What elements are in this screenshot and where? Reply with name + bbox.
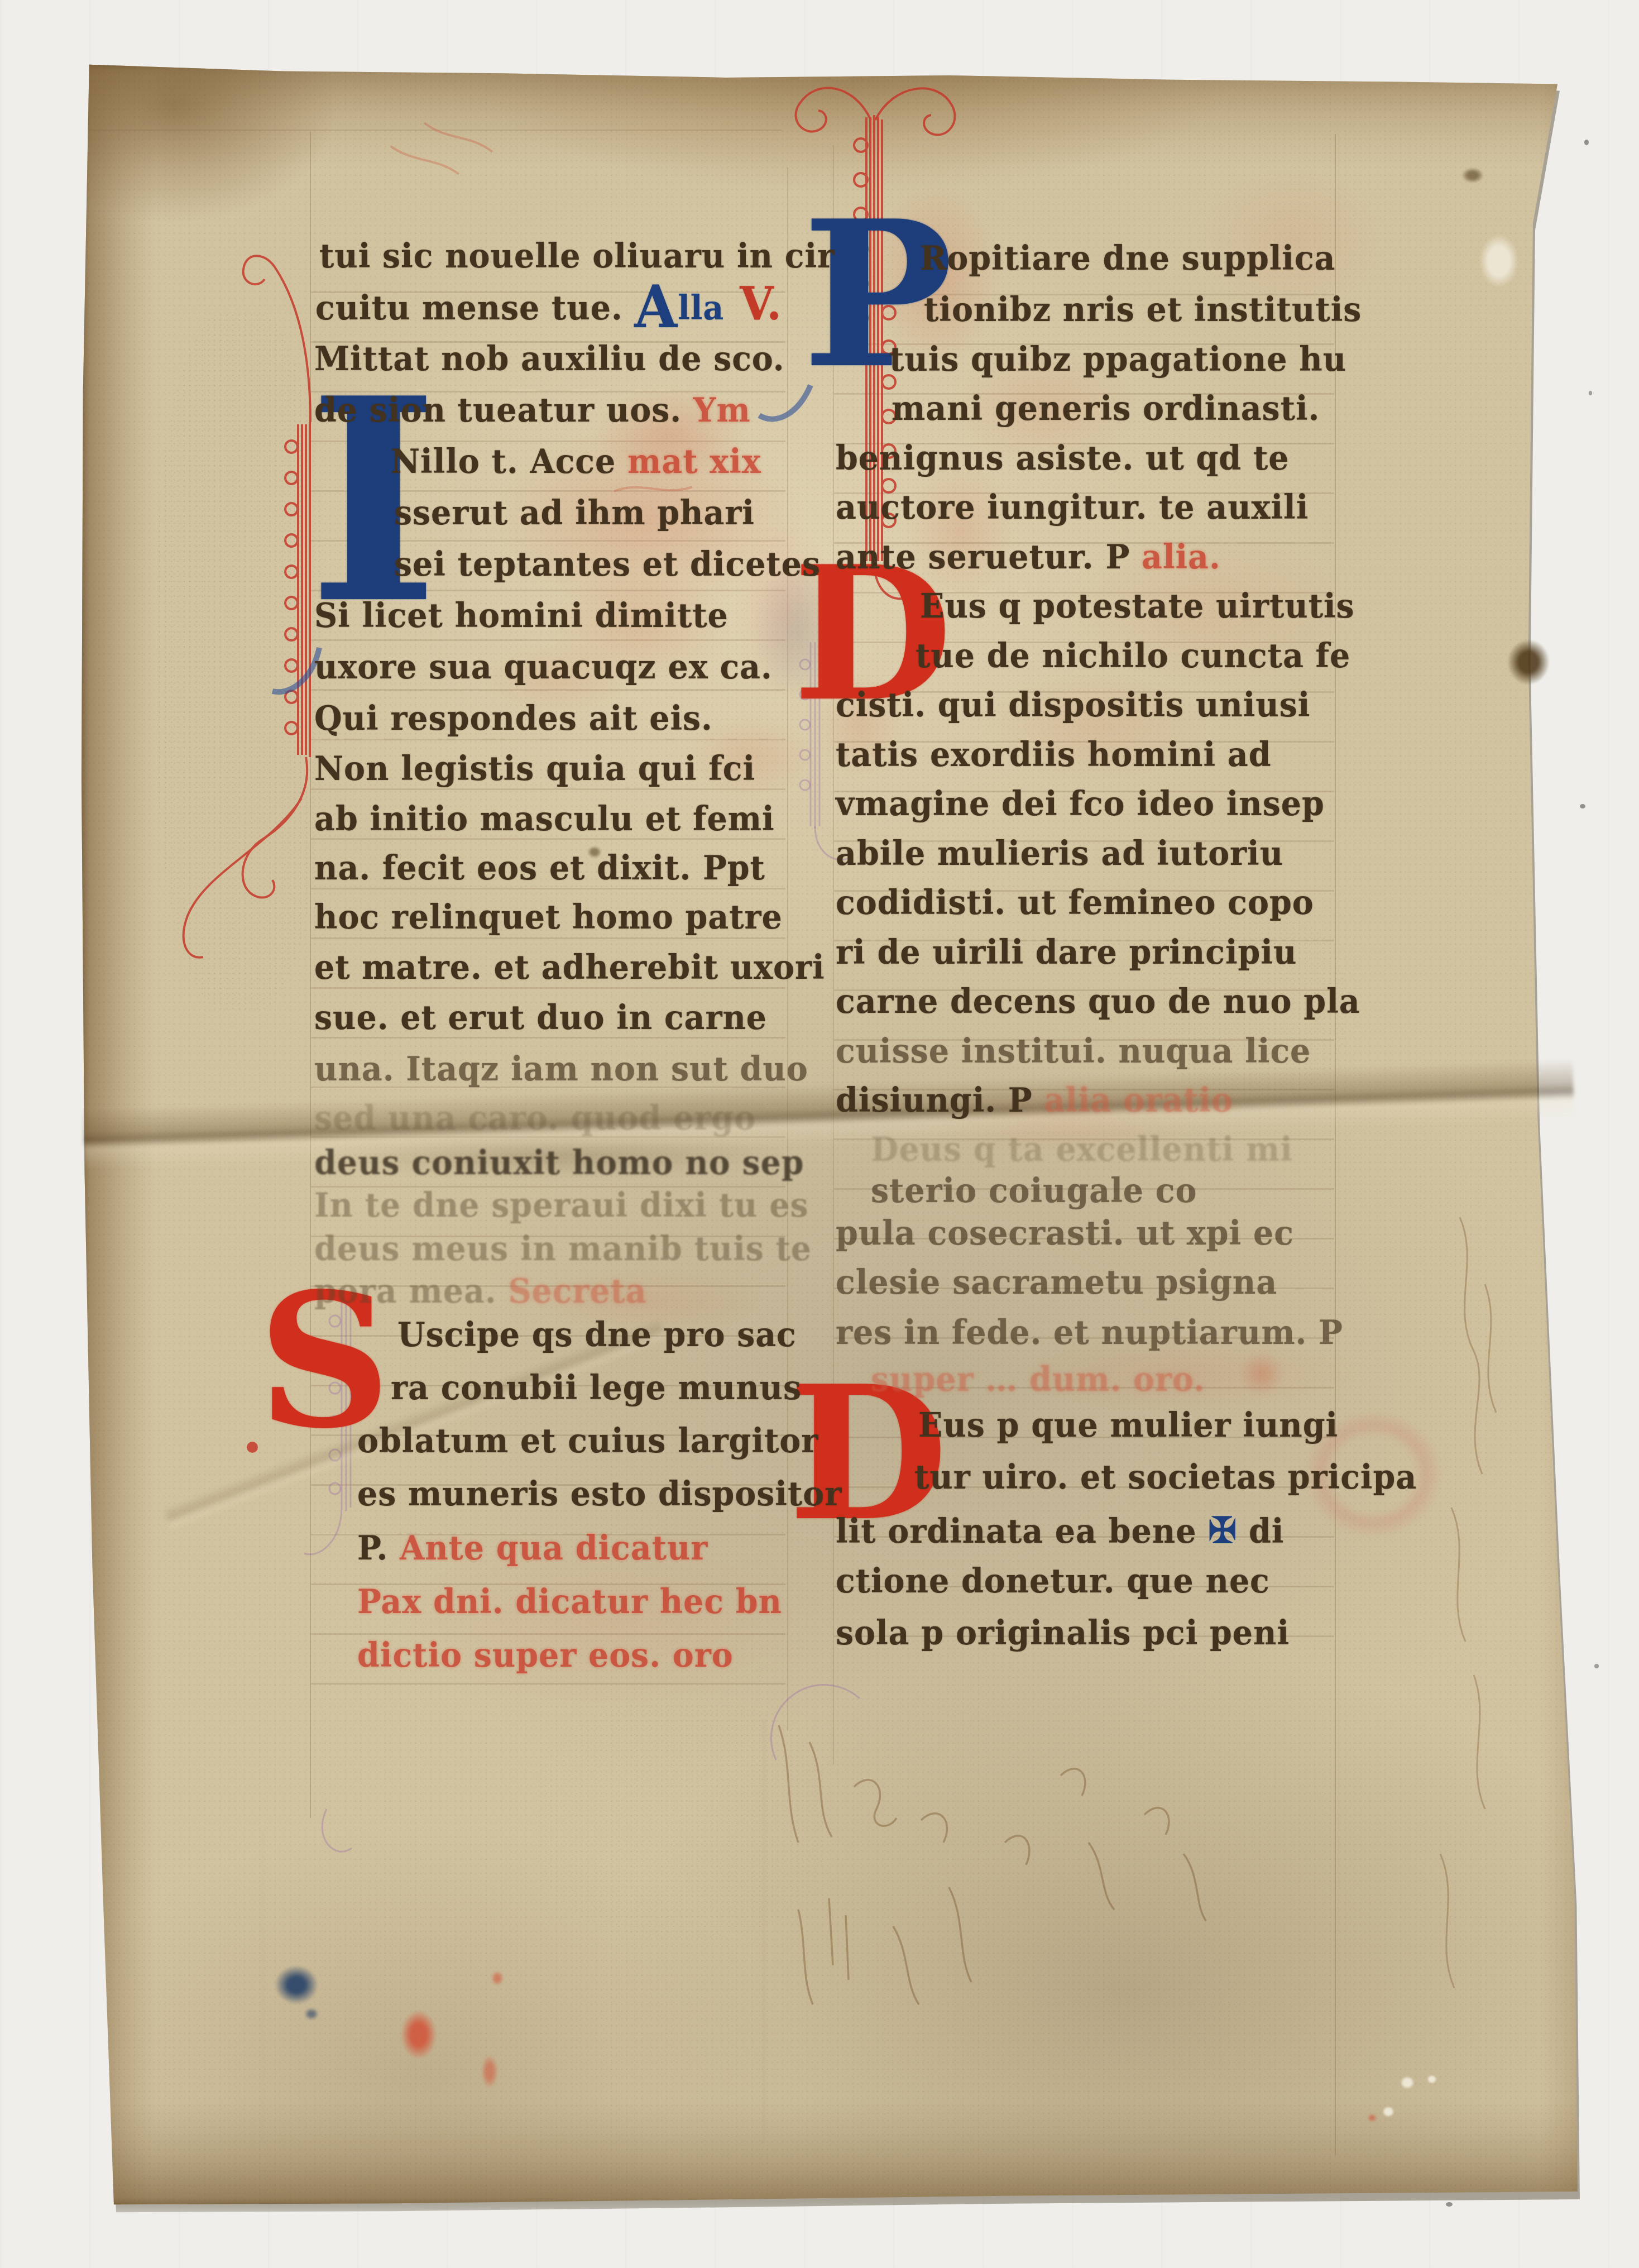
text-line: tuis quibz ppagatione hu [889, 342, 1346, 377]
text-segment: auctore iungitur. te auxili [836, 488, 1309, 527]
text-segment: Eus p que mulier iungi [918, 1406, 1338, 1445]
text-segment: abile mulieris ad iutoriu [836, 834, 1283, 873]
text-segment: ra conubii lege munus [391, 1369, 802, 1408]
text-segment: mat xix [627, 442, 761, 481]
text-segment: super … dum. oro. [871, 1360, 1205, 1399]
vertical-crease [764, 1720, 766, 2144]
text-line: Eus q potestate uirtutis [920, 589, 1355, 624]
text-segment: una. Itaqz iam non sut duo [314, 1050, 808, 1089]
text-line: deus coniuxit homo no sep [314, 1146, 804, 1181]
frame-rule-top [89, 130, 782, 131]
vertical-crease [262, 1831, 265, 2144]
text-segment: lla [678, 289, 724, 328]
text-line: pora mea. Secreta [314, 1274, 647, 1309]
text-segment: pula cosecrasti. ut xpi ec [836, 1214, 1294, 1253]
text-segment: Mittat nob auxiliu de sco. [314, 339, 785, 379]
text-segment: Pax dni. dicatur hec bn [357, 1582, 782, 1621]
text-line: auctore iungitur. te auxili [836, 490, 1309, 525]
text-line: tui sic nouelle oliuaru in cir [319, 239, 835, 274]
text-line: In te dne speraui dixi tu es [314, 1188, 808, 1223]
text-line: Nillo t. Acce mat xix [391, 444, 761, 480]
text-line: abile mulieris ad iutoriu [836, 836, 1283, 872]
text-segment: tue de nichilo cuncta fe [916, 637, 1350, 676]
text-segment: de sion tueatur uos. [314, 391, 693, 430]
text-segment: Deus q ta excellenti mi [871, 1130, 1293, 1169]
text-line: benignus asiste. ut qd te [836, 441, 1289, 476]
text-segment: cuitu mense tue. [315, 289, 635, 328]
text-segment: sterio coiugale co [871, 1171, 1197, 1210]
text-line: ctione donetur. que nec [836, 1564, 1270, 1599]
text-line: P. Ante qua dicatur [357, 1531, 708, 1566]
parchment-follicle-speckle [536, 1703, 826, 1937]
text-line: cisti. qui dispositis uniusi [836, 688, 1310, 723]
text-segment: clesie sacrametu psigna [836, 1263, 1277, 1302]
text-segment: na. fecit eos et dixit. Ppt [314, 849, 765, 888]
text-segment: sserut ad ihm phari [394, 494, 755, 533]
stain [1584, 140, 1589, 145]
text-line: lit ordinata ea bene ✠ di [836, 1512, 1284, 1549]
text-segment: alia. [1142, 538, 1221, 577]
text-line: oblatum et cuius largitor [357, 1424, 818, 1459]
text-segment: Ropitiare dne supplica [920, 239, 1335, 278]
text-segment: sola p originalis pci peni [836, 1614, 1290, 1653]
frame-rule-right [1335, 134, 1336, 2155]
text-line: Pax dni. dicatur hec bn [357, 1585, 782, 1620]
text-segment: sed una caro. quod ergo [314, 1099, 756, 1138]
text-segment: ante seruetur. P [836, 538, 1142, 577]
text-segment: pora mea. [314, 1272, 508, 1311]
text-line: deus meus in manib tuis te [314, 1232, 812, 1267]
text-line: tatis exordiis homini ad [836, 738, 1272, 773]
text-line: pula cosecrasti. ut xpi ec [836, 1216, 1294, 1251]
text-segment: et matre. et adherebit uxori [314, 948, 825, 987]
text-segment: alia oratio [1044, 1081, 1233, 1120]
text-line: es muneris esto dispositor [357, 1477, 842, 1512]
text-segment: deus coniuxit homo no sep [314, 1143, 804, 1183]
text-segment: ab initio masculu et femi [314, 800, 775, 839]
text-line: ab initio masculu et femi [314, 802, 775, 837]
text-line: carne decens quo de nuo pla [836, 984, 1360, 1020]
text-segment: deus meus in manib tuis te [314, 1229, 812, 1269]
text-line: cuitu mense tue. Alla V. [315, 290, 782, 326]
text-line: clesie sacrametu psigna [836, 1265, 1277, 1300]
text-line: de sion tueatur uos. Ym [314, 393, 751, 428]
text-line: na. fecit eos et dixit. Ppt [314, 851, 765, 886]
text-segment: sei teptantes et dicetes [394, 545, 821, 584]
text-segment: In te dne speraui dixi tu es [314, 1186, 808, 1225]
text-segment: Eus q potestate uirtutis [920, 587, 1355, 626]
text-line: Mittat nob auxiliu de sco. [314, 342, 785, 377]
text-segment: disiungi. P [836, 1081, 1044, 1120]
text-line: ante seruetur. P alia. [836, 540, 1221, 575]
text-segment: tionibz nris et institutis [924, 290, 1362, 329]
text-line: Uscipe qs dne pro sac [397, 1318, 797, 1353]
text-segment: res in fede. et nuptiarum. P [836, 1313, 1343, 1352]
text-line: disiungi. P alia oratio [836, 1083, 1233, 1118]
text-line: sed una caro. quod ergo [314, 1101, 756, 1136]
text-segment: carne decens quo de nuo pla [836, 982, 1360, 1021]
text-segment: A [635, 272, 678, 341]
stain [1446, 2202, 1453, 2207]
text-segment: codidisti. ut femineo copo [836, 883, 1314, 922]
text-segment: cisti. qui dispositis uniusi [836, 686, 1310, 725]
text-segment: lit ordinata ea bene [836, 1512, 1208, 1551]
text-segment: ri de uirili dare principiu [836, 933, 1297, 972]
text-segment: Uscipe qs dne pro sac [397, 1315, 797, 1355]
text-segment: di [1237, 1512, 1284, 1551]
text-line: tue de nichilo cuncta fe [916, 639, 1350, 674]
text-segment: Si licet homini dimitte [314, 596, 729, 635]
stain [1594, 1664, 1599, 1668]
stain [1580, 804, 1585, 808]
text-line: Deus q ta excellenti mi [871, 1132, 1293, 1168]
text-line: mani generis ordinasti. [892, 391, 1320, 427]
scanned-manuscript-page: { "palette":{"bed":"#efeeea","parchment"… [0, 0, 1639, 2268]
text-segment: hoc relinquet homo patre [314, 898, 783, 937]
text-segment: Qui respondes ait eis. [314, 699, 713, 738]
text-segment: Non legistis quia qui fci [314, 749, 755, 788]
text-segment: tuis quibz ppagatione hu [889, 340, 1346, 379]
text-line: Ropitiare dne supplica [920, 241, 1335, 276]
text-segment: es muneris esto dispositor [357, 1475, 842, 1514]
text-segment: tur uiro. et societas pricipa [914, 1458, 1417, 1497]
text-line: dictio super eos. oro [357, 1638, 734, 1673]
text-line: uxore sua quacuqz ex ca. [314, 650, 773, 685]
text-line: sola p originalis pci peni [836, 1616, 1290, 1651]
text-line: codidisti. ut femineo copo [836, 886, 1314, 921]
text-line: sserut ad ihm phari [394, 496, 755, 531]
stain [1589, 391, 1592, 395]
text-line: hoc relinquet homo patre [314, 900, 783, 935]
text-segment: P. [357, 1529, 400, 1568]
text-line: vmagine dei fco ideo insep [836, 787, 1325, 822]
text-segment: Ym [693, 391, 751, 430]
text-segment: uxore sua quacuqz ex ca. [314, 648, 773, 687]
text-segment: benignus asiste. ut qd te [836, 439, 1289, 478]
text-line: una. Itaqz iam non sut duo [314, 1052, 808, 1087]
text-segment: dictio super eos. oro [357, 1636, 734, 1675]
text-line: cuisse institui. nuqua lice [836, 1034, 1311, 1069]
text-segment: tatis exordiis homini ad [836, 735, 1272, 774]
text-segment: V. [724, 277, 782, 331]
text-segment: Nillo t. Acce [391, 442, 627, 481]
text-line: sei teptantes et dicetes [394, 547, 821, 582]
text-segment: mani generis ordinasti. [892, 389, 1320, 428]
text-line: Si licet homini dimitte [314, 599, 729, 634]
text-line: super … dum. oro. [871, 1362, 1205, 1398]
text-line: Non legistis quia qui fci [314, 752, 755, 787]
text-segment: sue. et erut duo in carne [314, 998, 767, 1037]
text-segment: Ante qua dicatur [400, 1529, 708, 1568]
text-line: et matre. et adherebit uxori [314, 950, 825, 985]
text-line: sue. et erut duo in carne [314, 1001, 767, 1036]
text-segment: ctione donetur. que nec [836, 1562, 1270, 1601]
text-line: Qui respondes ait eis. [314, 701, 713, 736]
text-segment: Secreta [508, 1272, 646, 1311]
text-line: ri de uirili dare principiu [836, 935, 1297, 970]
text-segment: cuisse institui. nuqua lice [836, 1032, 1311, 1071]
text-segment: ✠ [1208, 1510, 1237, 1552]
text-segment: oblatum et cuius largitor [357, 1422, 818, 1461]
text-line: Eus p que mulier iungi [918, 1408, 1338, 1443]
text-line: tur uiro. et societas pricipa [914, 1460, 1417, 1495]
text-segment: tui sic nouelle oliuaru in cir [319, 237, 835, 276]
parchment-follicle-speckle [156, 313, 324, 1011]
text-line: sterio coiugale co [871, 1174, 1197, 1209]
text-line: res in fede. et nuptiarum. P [836, 1315, 1343, 1351]
text-line: tionibz nris et institutis [924, 293, 1362, 328]
text-line: ra conubii lege munus [391, 1371, 802, 1406]
text-segment: vmagine dei fco ideo insep [836, 784, 1325, 824]
